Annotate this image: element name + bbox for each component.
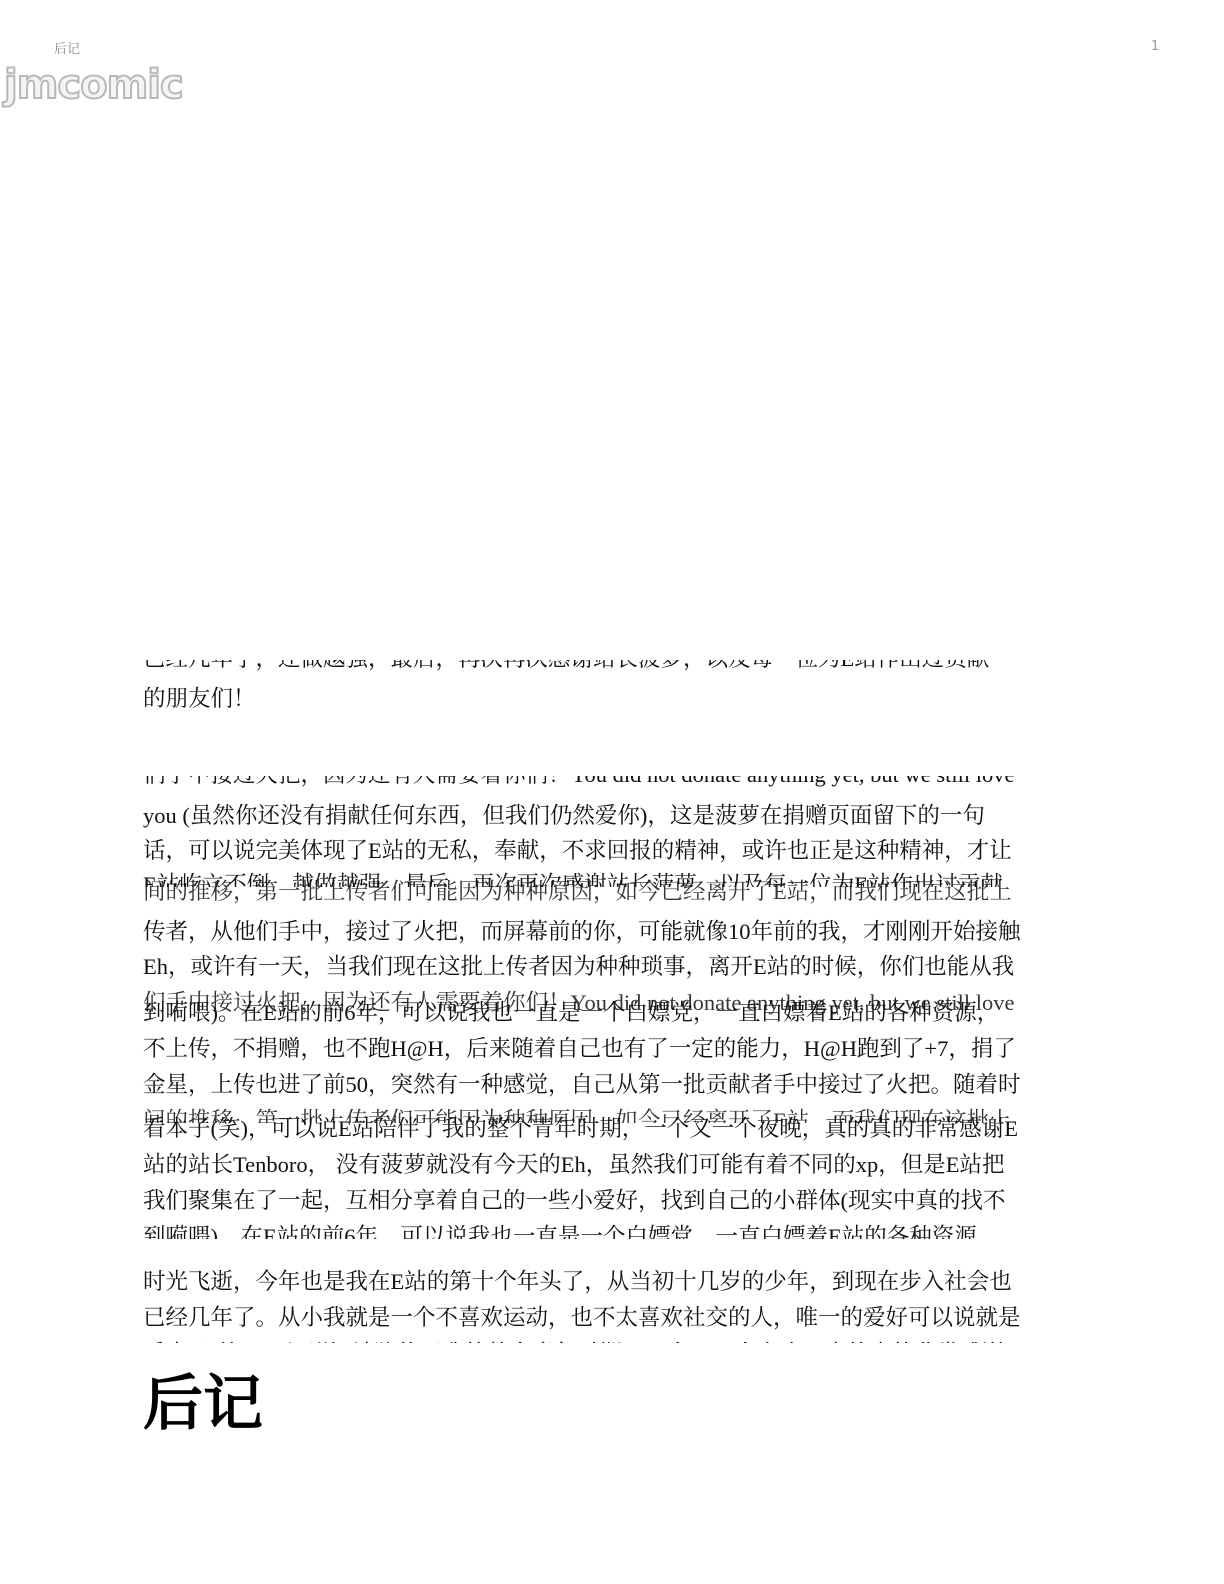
text-line: 话，可以说完美体现了E站的无私，奉献，不求回报的精神，或许也正是这种精神，才让 bbox=[143, 836, 1073, 866]
text-line: 我们聚集在了一起，互相分享着自己的一些小爱好，找到自己的小群体(现实中真的找不 bbox=[143, 1186, 1073, 1216]
text-line-overlapping: 到嗬喂)。在E站的前6年，可以说我也一直是一个白嫖党，一直白嫖着E站的各种资源， bbox=[143, 998, 1073, 1028]
text-line: 不上传，不捐赠，也不跑H@H，后来随着自己也有了一定的能力，H@H跑到了+7，捐… bbox=[143, 1034, 1073, 1064]
text-line: 的朋友们！ bbox=[143, 684, 1073, 714]
text-line: 已经几年了。从小我就是一个不喜欢运动，也不太喜欢社交的人，唯一的爱好可以说就是 bbox=[143, 1303, 1073, 1333]
text-line: 传者，从他们手中，接过了火把，而屏幕前的你，可能就像10年前的我，才刚刚开始接触 bbox=[143, 917, 1073, 947]
text-line-overlapping: 看本子(笑)，可以说E站陪伴了我的整个青年时期，一个又一个夜晚，真的真的非常感谢… bbox=[143, 1114, 1073, 1144]
running-header-title: 后记 bbox=[54, 38, 80, 57]
text-line-clipped: 看本子(笑)，可以说E站陪伴了我的整个青年时期，一个又一个夜晚，真的真的非常感谢… bbox=[143, 1339, 1073, 1343]
page-number: 1 bbox=[1151, 39, 1159, 54]
text-line-clipped: 到嗬喂)。在E站的前6年，可以说我也一直是一个白嫖党，一直白嫖着E站的各种资源， bbox=[143, 1222, 1073, 1239]
text-line-clipped: 已经几年了，还做越强，最后，再次再次感谢站长菠萝，以及每一位为E站作出过贡献 bbox=[143, 660, 1073, 674]
text-line: 金星，上传也进了前50，突然有一种感觉，自己从第一批贡献者手中接过了火把。随着时 bbox=[143, 1070, 1073, 1100]
text-line: 时光飞逝，今年也是我在E站的第十个年头了，从当初十几岁的少年，到现在步入社会也 bbox=[143, 1267, 1073, 1297]
jmcomic-watermark-logo: jmcomic bbox=[4, 62, 200, 108]
watermark-text: jmcomic bbox=[4, 62, 183, 108]
text-line: 站的站长Tenboro， 没有菠萝就没有今天的Eh，虽然我们可能有着不同的xp，… bbox=[143, 1150, 1073, 1180]
section-heading: 后记 bbox=[143, 1366, 263, 1442]
text-line-clipped: 们手中接过火把，因为还有人需要着你们！You did not donate an… bbox=[143, 776, 1073, 790]
text-line-overlapping: E站屹立不倒，越做越强，最后，再次再次感谢站长菠萝，以及每一位为E站作出过贡献 bbox=[143, 870, 1073, 887]
text-line: Eh，或许有一天，当我们现在这批上传者因为种种琐事，离开E站的时候，你们也能从我 bbox=[143, 952, 1073, 982]
text-line: you (虽然你还没有捐献任何东西，但我们仍然爱你)，这是菠萝在捐赠页面留下的一… bbox=[143, 801, 1073, 831]
